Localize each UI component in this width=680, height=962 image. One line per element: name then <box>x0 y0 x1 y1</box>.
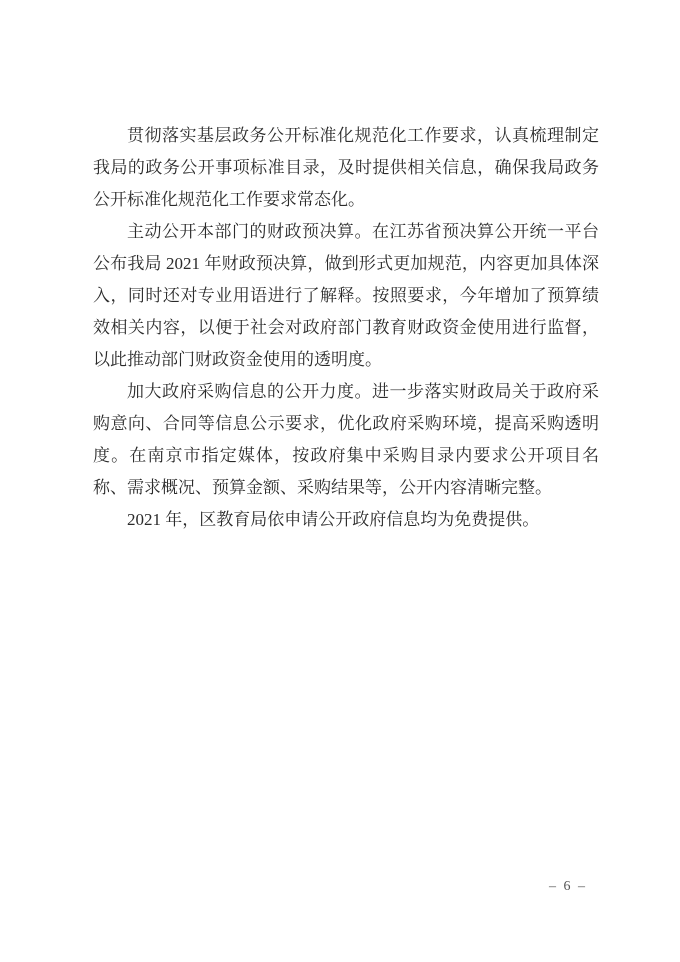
document-page: 贯彻落实基层政务公开标准化规范化工作要求，认真梳理制定我局的政务公开事项标准目录… <box>0 0 680 962</box>
paragraph-standardization: 贯彻落实基层政务公开标准化规范化工作要求，认真梳理制定我局的政务公开事项标准目录… <box>93 120 599 216</box>
body-text-block: 贯彻落实基层政务公开标准化规范化工作要求，认真梳理制定我局的政务公开事项标准目录… <box>93 120 599 536</box>
page-number: – 6 – <box>549 878 587 896</box>
paragraph-free-information: 2021 年，区教育局依申请公开政府信息均为免费提供。 <box>93 504 599 536</box>
paragraph-budget-disclosure: 主动公开本部门的财政预决算。在江苏省预决算公开统一平台公布我局 2021 年财政… <box>93 216 599 376</box>
paragraph-procurement-disclosure: 加大政府采购信息的公开力度。进一步落实财政局关于政府采购意向、合同等信息公示要求… <box>93 376 599 504</box>
